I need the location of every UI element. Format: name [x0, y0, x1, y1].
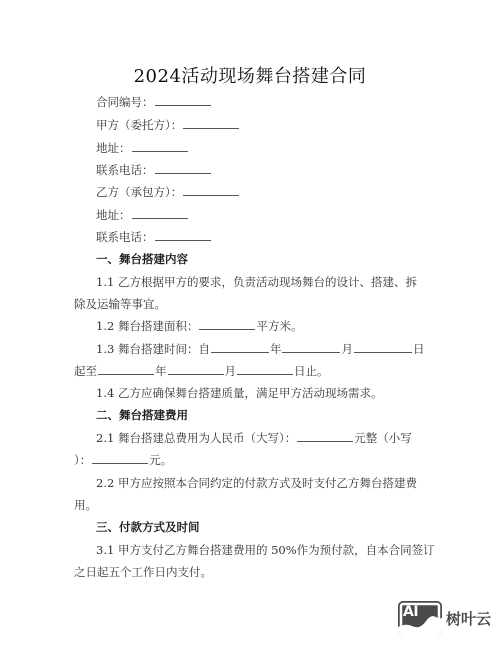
blank-line: [155, 229, 211, 241]
blank-line: [183, 117, 239, 129]
clause-text: 日: [413, 342, 425, 356]
brand-name: 树叶云: [446, 608, 491, 629]
field-label: 甲方（委托方）：: [96, 118, 182, 132]
clause-1-4: 1.4 乙方应确保舞台搭建质量，满足甲方活动现场需求。: [96, 385, 382, 401]
clause-3-1: 3.1 甲方支付乙方舞台搭建费用的 50%作为预付款，自本合同签订: [96, 542, 435, 558]
clause-text: 元。: [149, 453, 172, 467]
blank-line: [132, 140, 188, 152]
field-label: 乙方（承包方）：: [96, 185, 182, 199]
clause-text: 起至: [74, 364, 97, 378]
contract-number-field: 合同编号：: [96, 94, 212, 110]
blank-line: [211, 341, 269, 353]
clause-text: 年: [270, 342, 282, 356]
blank-line: [168, 363, 224, 375]
party-b-field: 乙方（承包方）：: [96, 184, 240, 200]
field-label: 合同编号：: [96, 95, 154, 109]
blank-line: [199, 318, 255, 330]
section-heading: 二、舞台搭建费用: [96, 407, 188, 423]
mountain-wave-icon: [398, 601, 442, 635]
section-heading: 一、舞台搭建内容: [96, 251, 188, 267]
clause-1-3: 1.3 舞台搭建时间：自年月日: [96, 341, 424, 357]
watermark: AI 树叶云: [398, 600, 491, 636]
contract-page: 2024活动现场舞台搭建合同 合同编号： 甲方（委托方）： 地址： 联系电话： …: [0, 0, 500, 647]
ai-image-logo-icon: AI: [398, 601, 442, 635]
blank-line: [155, 162, 211, 174]
party-a-phone-field: 联系电话：: [96, 162, 212, 178]
clause-text: 平方米。: [256, 319, 302, 333]
clause-3-1-cont: 之日起五个工作日内支付。: [74, 564, 212, 580]
clause-text: 2.1 舞台搭建总费用为人民币（大写）：: [96, 431, 296, 445]
clause-2-1-cont: ）：元。: [74, 452, 172, 468]
clause-2-1: 2.1 舞台搭建总费用为人民币（大写）：元整（小写: [96, 430, 412, 446]
section-heading: 三、付款方式及时间: [96, 519, 200, 535]
clause-text: 元整（小写: [354, 431, 412, 445]
field-label: 联系电话：: [96, 230, 154, 244]
blank-line: [183, 184, 239, 196]
blank-line: [92, 452, 148, 464]
blank-line: [354, 341, 412, 353]
clause-2-2-cont: 用。: [74, 497, 97, 513]
document-title: 2024活动现场舞台搭建合同: [0, 62, 500, 88]
clause-text: 年: [155, 364, 167, 378]
clause-1-2: 1.2 舞台搭建面积：平方米。: [96, 318, 302, 334]
clause-text: 月: [341, 342, 353, 356]
blank-line: [155, 94, 211, 106]
clause-text: 月: [225, 364, 237, 378]
clause-1-1-cont: 除及运输等事宜。: [74, 296, 166, 312]
party-b-address-field: 地址：: [96, 207, 189, 223]
party-a-address-field: 地址：: [96, 140, 189, 156]
clause-text: 1.2 舞台搭建面积：: [96, 319, 198, 333]
clause-text: ）：: [74, 453, 91, 467]
field-label: 地址：: [96, 141, 131, 155]
clause-text: 日止。: [294, 364, 329, 378]
party-a-field: 甲方（委托方）：: [96, 117, 240, 133]
blank-line: [98, 363, 154, 375]
blank-line: [297, 430, 353, 442]
clause-1-1: 1.1 乙方根据甲方的要求，负责活动现场舞台的设计、搭建、拆: [96, 274, 417, 290]
field-label: 联系电话：: [96, 163, 154, 177]
clause-2-2: 2.2 甲方应按照本合同约定的付款方式及时支付乙方舞台搭建费: [96, 475, 417, 491]
blank-line: [282, 341, 340, 353]
clause-text: 1.3 舞台搭建时间：自: [96, 342, 210, 356]
clause-1-3-cont: 起至年月日止。: [74, 363, 329, 379]
blank-line: [132, 207, 188, 219]
blank-line: [237, 363, 293, 375]
field-label: 地址：: [96, 208, 131, 222]
party-b-phone-field: 联系电话：: [96, 229, 212, 245]
